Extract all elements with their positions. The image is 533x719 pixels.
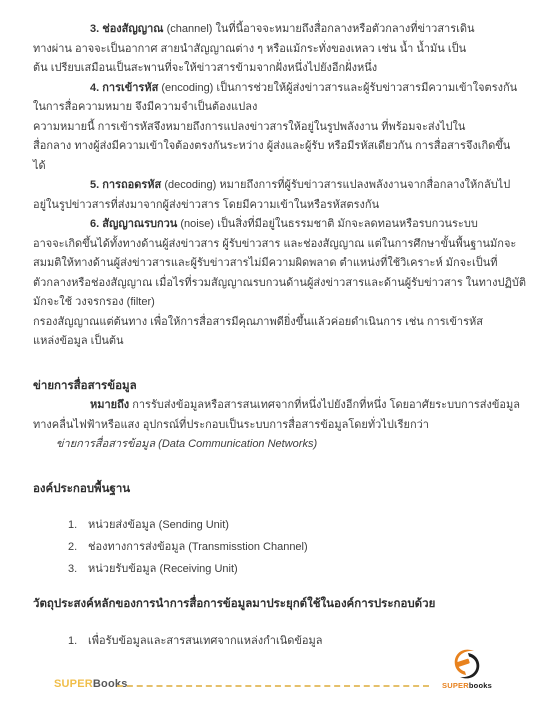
paragraph-line: ในการสื่อความหมาย จึงมีความจำเป็นต้องแปล… bbox=[33, 98, 507, 118]
paragraph-lead-term: 5. การถอดรหัส bbox=[90, 179, 161, 191]
footer-right-super-text: SUPER bbox=[442, 681, 469, 690]
italic-caption: ข่ายการสื่อสารข้อมูล (Data Communication… bbox=[56, 435, 507, 455]
paragraph-line: ทางผ่าน อาจจะเป็นอากาศ สายนำสัญญาณต่าง ๆ… bbox=[33, 40, 507, 60]
footer-divider-dashed-line bbox=[117, 685, 429, 687]
paragraph-line: ทางคลื่นไฟฟ้าหรือแสง อุปกรณ์ที่ประกอบเป็… bbox=[33, 416, 507, 436]
document-page: 3. ช่องสัญญาณ (channel) ในที่นี้อาจจะหมา… bbox=[0, 0, 533, 719]
paragraph-line: สื่อกลาง ทางผู้ส่งมีความเข้าใจต้องตรงกัน… bbox=[33, 137, 507, 157]
paragraph-line: สมมติให้ทางด้านผู้ส่งข่าวสารและผู้รับข่า… bbox=[33, 254, 507, 274]
list-item: 1.หน่วยส่งข้อมูล (Sending Unit) bbox=[68, 514, 507, 536]
paragraph-line: อาจจะเกิดขึ้นได้ทั้งทางด้านผู้ส่งข่าวสาร… bbox=[33, 235, 507, 255]
paragraph-lead-line: หมายถึง การรับส่งข้อมูลหรือสารสนเทศจากที… bbox=[33, 396, 507, 416]
list-item: 2.ช่องทางการส่งข้อมูล (Transmisstion Cha… bbox=[68, 536, 507, 558]
section-heading: วัตถุประสงค์หลักของการนำการสื่อการข้อมูล… bbox=[33, 595, 507, 615]
paragraph-lead-line: 5. การถอดรหัส (decoding) หมายถึงการที่ผู… bbox=[33, 176, 507, 196]
paragraph-lead-term: 3. ช่องสัญญาณ bbox=[90, 23, 164, 35]
paragraph: 3. ช่องสัญญาณ (channel) ในที่นี้อาจจะหมา… bbox=[33, 20, 507, 79]
paragraph: 6. สัญญาณรบกวน (noise) เป็นสิ่งที่มีอยู่… bbox=[33, 215, 507, 352]
paragraph-line: มักจะใช้ วงจรกรอง (filter) bbox=[33, 293, 507, 313]
list-item-text: ช่องทางการส่งข้อมูล (Transmisstion Chann… bbox=[88, 541, 308, 553]
section-heading: ข่ายการสื่อสารข้อมูล bbox=[33, 377, 507, 397]
paragraph-line: แหล่งข้อมูล เป็นต้น bbox=[33, 332, 507, 352]
footer-left-super-text: SUPER bbox=[54, 678, 93, 690]
footer-left-books-text: Books bbox=[93, 678, 128, 690]
footer-right-books-text: books bbox=[469, 681, 492, 690]
paragraph-line: ตัวกลางหรือช่องสัญญาณ เมื่อไรที่รวมสัญญา… bbox=[33, 274, 507, 294]
paragraph-lead-rest: การรับส่งข้อมูลหรือสารสนเทศจากที่หนึ่งไป… bbox=[129, 399, 520, 411]
paragraph: หมายถึง การรับส่งข้อมูลหรือสารสนเทศจากที… bbox=[33, 396, 507, 435]
paragraph-line: ความหมายนี้ การเข้ารหัสจึงหมายถึงการแปลง… bbox=[33, 118, 507, 138]
paragraph: 4. การเข้ารหัส (encoding) เป็นการช่วยให้… bbox=[33, 79, 507, 177]
footer-brand-left: SUPERBooks bbox=[54, 678, 128, 690]
footer-logo: SUPERbooks bbox=[434, 648, 500, 690]
paragraph-lead-line: 4. การเข้ารหัส (encoding) เป็นการช่วยให้… bbox=[33, 79, 507, 99]
list-item-number: 1. bbox=[68, 514, 88, 536]
list-item-number: 2. bbox=[68, 536, 88, 558]
footer-wordmark: SUPERbooks bbox=[434, 681, 500, 690]
paragraph-lead-rest: (noise) เป็นสิ่งที่มีอยู่ในธรรมชาติ มักจ… bbox=[177, 218, 477, 230]
paragraph-lead-term: หมายถึง bbox=[90, 399, 129, 411]
list-item-text: เพื่อรับข้อมูลและสารสนเทศจากแหล่งกำเนิดข… bbox=[88, 635, 323, 647]
paragraph-lead-rest: (channel) ในที่นี้อาจจะหมายถึงสื่อกลางหร… bbox=[164, 23, 475, 35]
list-item-text: หน่วยส่งข้อมูล (Sending Unit) bbox=[88, 519, 229, 531]
list-item-number: 3. bbox=[68, 558, 88, 580]
paragraph: 5. การถอดรหัส (decoding) หมายถึงการที่ผู… bbox=[33, 176, 507, 215]
paragraph-lead-rest: (decoding) หมายถึงการที่ผู้รับข่าวสารแปล… bbox=[161, 179, 510, 191]
paragraph-lead-term: 4. การเข้ารหัส bbox=[90, 82, 158, 94]
paragraph-line: ต้น เปรียบเสมือนเป็นสะพานที่จะให้ข่าวสาร… bbox=[33, 59, 507, 79]
document-content: 3. ช่องสัญญาณ (channel) ในที่นี้อาจจะหมา… bbox=[33, 20, 507, 652]
section-heading: องค์ประกอบพื้นฐาน bbox=[33, 480, 507, 500]
list-item-number: 1. bbox=[68, 630, 88, 652]
swoosh-circle-icon bbox=[434, 648, 500, 680]
paragraph-line: ได้ bbox=[33, 157, 507, 177]
paragraph-lead-rest: (encoding) เป็นการช่วยให้ผู้ส่งข่าวสารแล… bbox=[158, 82, 517, 94]
ordered-list: 1.หน่วยส่งข้อมูล (Sending Unit)2.ช่องทาง… bbox=[33, 514, 507, 580]
list-item-text: หน่วยรับข้อมูล (Receiving Unit) bbox=[88, 563, 238, 575]
paragraph-lead-line: 3. ช่องสัญญาณ (channel) ในที่นี้อาจจะหมา… bbox=[33, 20, 507, 40]
list-item: 3.หน่วยรับข้อมูล (Receiving Unit) bbox=[68, 558, 507, 580]
paragraph-line: กรองสัญญาณแต่ต้นทาง เพื่อให้การสื่อสารมี… bbox=[33, 313, 507, 333]
paragraph-lead-line: 6. สัญญาณรบกวน (noise) เป็นสิ่งที่มีอยู่… bbox=[33, 215, 507, 235]
paragraph-lead-term: 6. สัญญาณรบกวน bbox=[90, 218, 177, 230]
paragraph-line: อยู่ในรูปข่าวสารที่ส่งมาจากผู้ส่งข่าวสาร… bbox=[33, 196, 507, 216]
